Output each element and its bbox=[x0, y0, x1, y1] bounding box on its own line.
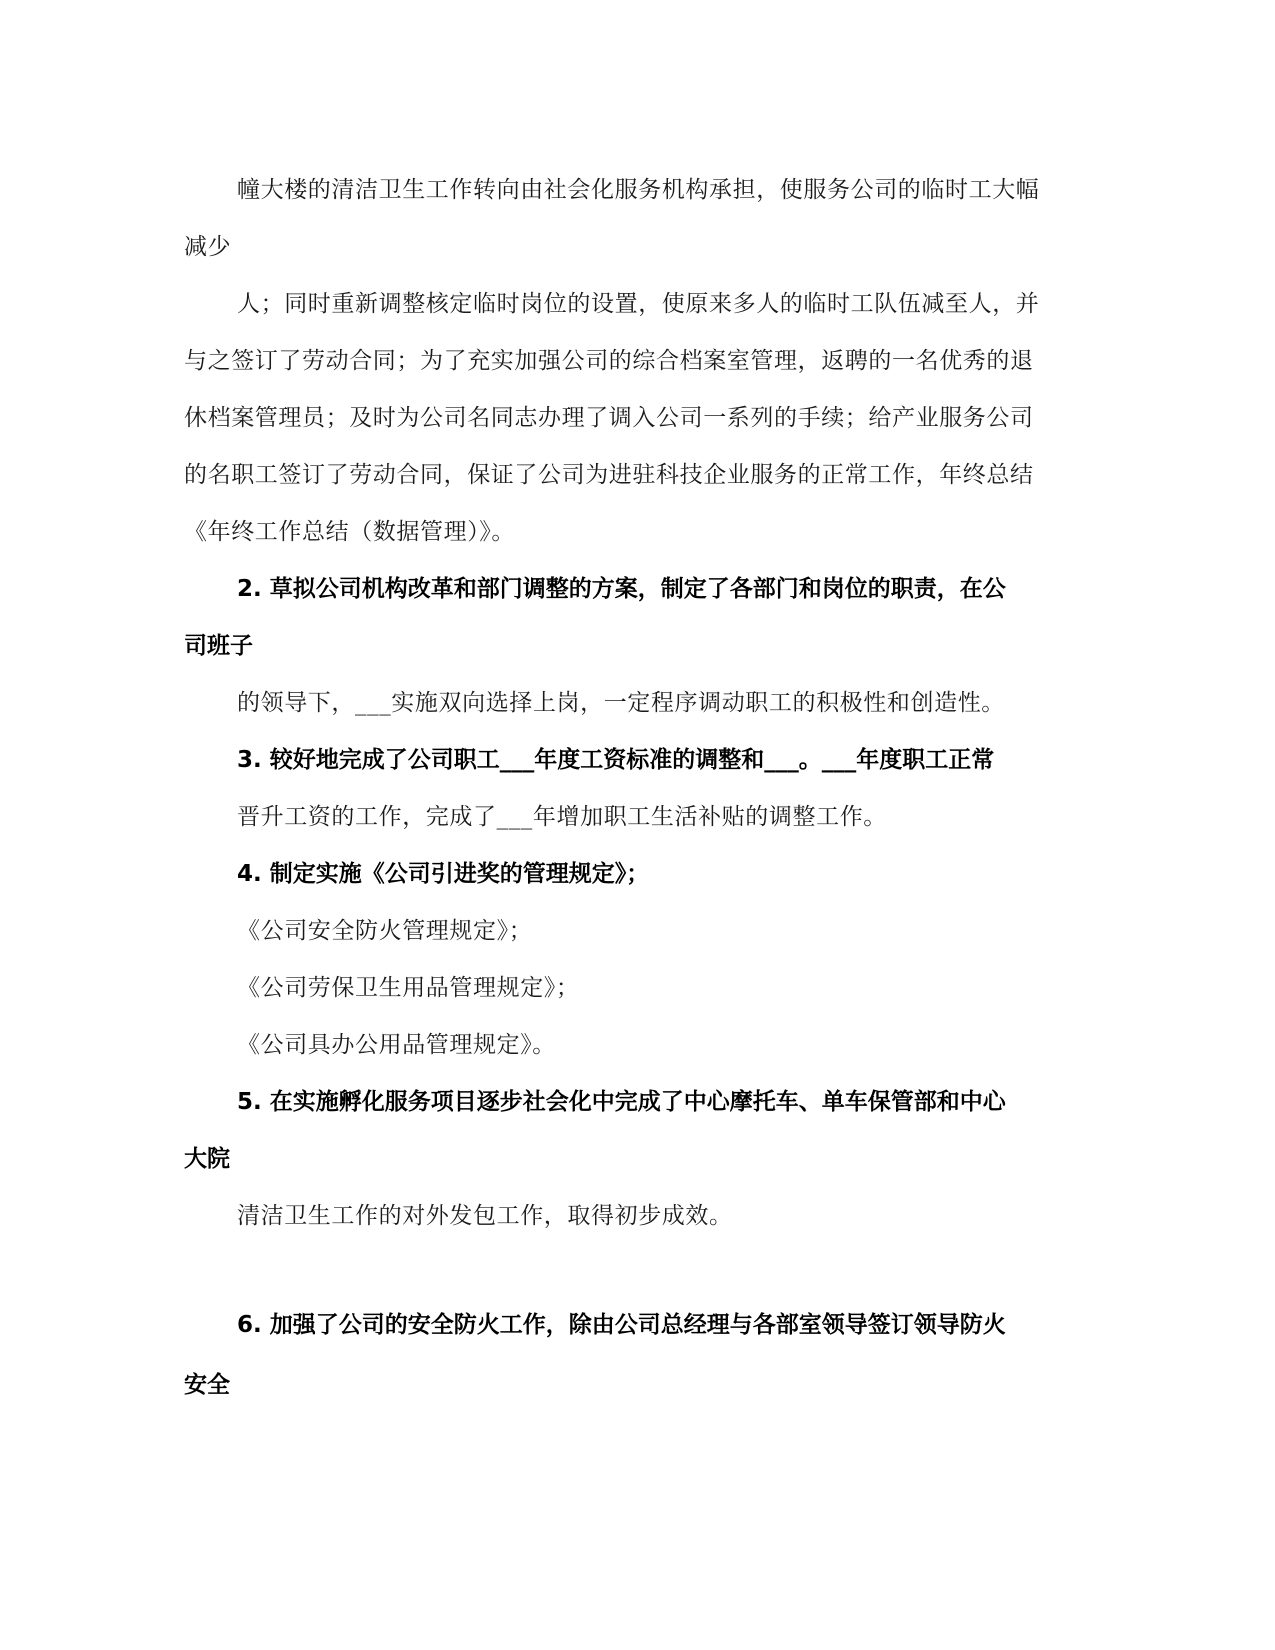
document-page: 幢大楼的清洁卫生工作转向由社会化服务机构承担，使服务公司的临时工大幅 减少 人；… bbox=[0, 0, 1275, 1650]
text-line: 与之签订了劳动合同；为了充实加强公司的综合档案室管理，返聘的一名优秀的退 bbox=[184, 347, 1034, 375]
section-heading-2-cont: 司班子 bbox=[184, 632, 253, 660]
text-line: 减少 bbox=[184, 233, 231, 261]
text-line: 《公司具办公用品管理规定》。 bbox=[237, 1031, 556, 1059]
text-line: 晋升工资的工作，完成了___年增加职工生活补贴的调整工作。 bbox=[237, 803, 887, 831]
section-heading-2: 2. 草拟公司机构改革和部门调整的方案，制定了各部门和岗位的职责，在公 bbox=[237, 575, 1006, 603]
section-heading-6: 6. 加强了公司的安全防火工作，除由公司总经理与各部室领导签订领导防火 bbox=[237, 1311, 1006, 1339]
section-heading-5: 5. 在实施孵化服务项目逐步社会化中完成了中心摩托车、单车保管部和中心 bbox=[237, 1088, 1006, 1116]
text-line: 《公司安全防火管理规定》； bbox=[237, 917, 532, 945]
text-line: 的领导下，___实施双向选择上岗，一定程序调动职工的积极性和创造性。 bbox=[237, 689, 1005, 717]
section-heading-6-cont: 安全 bbox=[184, 1371, 230, 1399]
section-heading-5-cont: 大院 bbox=[184, 1145, 230, 1173]
text-line: 清洁卫生工作的对外发包工作，取得初步成效。 bbox=[237, 1202, 733, 1230]
text-line: 《年终工作总结（数据管理）》。 bbox=[184, 518, 515, 546]
text-line: 人；同时重新调整核定临时岗位的设置，使原来多人的临时工队伍减至人，并 bbox=[237, 290, 1039, 318]
section-heading-3: 3. 较好地完成了公司职工___年度工资标准的调整和___。___年度职工正常 bbox=[237, 746, 994, 774]
text-line: 休档案管理员；及时为公司名同志办理了调入公司一系列的手续；给产业服务公司 bbox=[184, 404, 1034, 432]
text-line: 幢大楼的清洁卫生工作转向由社会化服务机构承担，使服务公司的临时工大幅 bbox=[237, 176, 1039, 204]
text-line: 《公司劳保卫生用品管理规定》； bbox=[237, 974, 580, 1002]
section-heading-4: 4. 制定实施《公司引进奖的管理规定》； bbox=[237, 860, 649, 888]
text-line: 的名职工签订了劳动合同，保证了公司为进驻科技企业服务的正常工作，年终总结 bbox=[184, 461, 1034, 489]
